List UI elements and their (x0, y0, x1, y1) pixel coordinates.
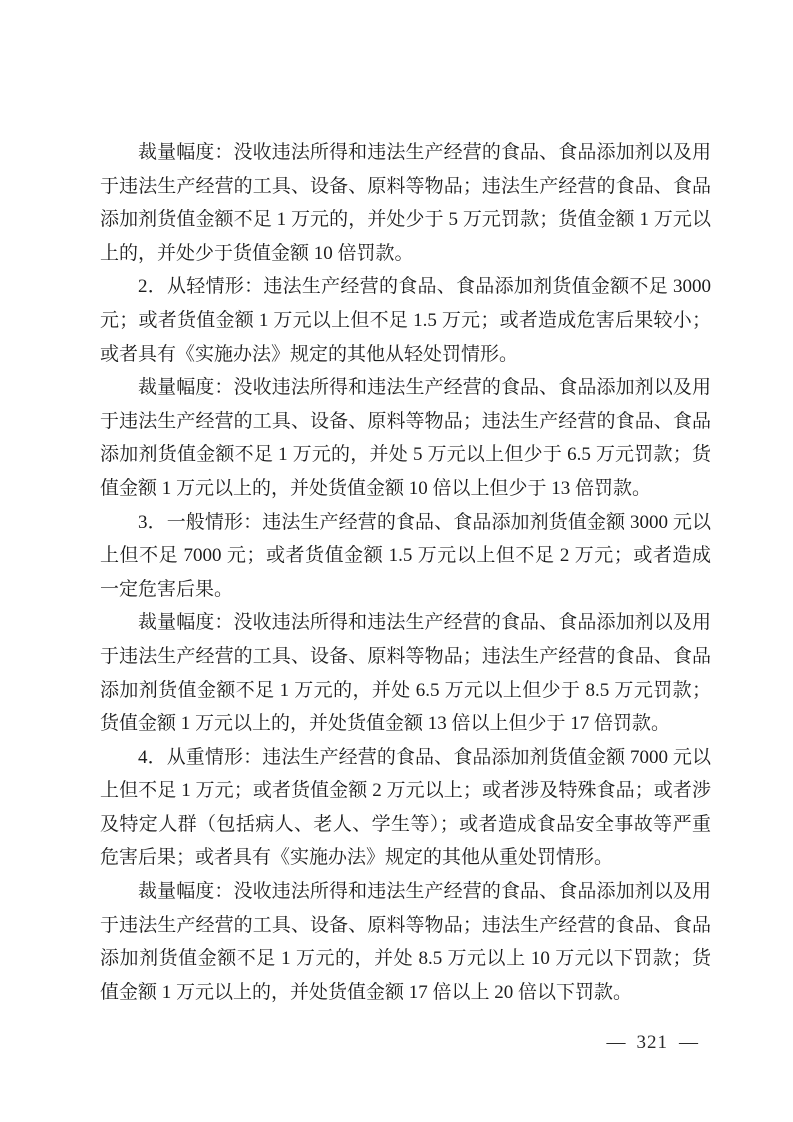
paragraph-discretion-range-2: 裁量幅度：没收违法所得和违法生产经营的食品、食品添加剂以及用于违法生产经营的工具… (100, 371, 711, 505)
paragraph-discretion-range-3: 裁量幅度：没收违法所得和违法生产经营的食品、食品添加剂以及用于违法生产经营的工具… (100, 606, 711, 740)
paragraph-item-3-general-circumstance: 3．一般情形：违法生产经营的食品、食品添加剂货值金额 3000 元以上但不足 7… (100, 506, 711, 607)
page-footer: — 321 — (607, 1032, 699, 1054)
page-number: 321 (637, 1032, 669, 1054)
footer-dash-left: — (607, 1032, 626, 1054)
footer-dash-right: — (679, 1032, 698, 1054)
document-page: 裁量幅度：没收违法所得和违法生产经营的食品、食品添加剂以及用于违法生产经营的工具… (0, 0, 793, 1122)
paragraph-item-2-lenient-circumstance: 2．从轻情形：违法生产经营的食品、食品添加剂货值金额不足 3000 元；或者货值… (100, 270, 711, 371)
paragraph-discretion-range-1: 裁量幅度：没收违法所得和违法生产经营的食品、食品添加剂以及用于违法生产经营的工具… (100, 136, 711, 270)
paragraph-item-4-severe-circumstance: 4．从重情形：违法生产经营的食品、食品添加剂货值金额 7000 元以上但不足 1… (100, 741, 711, 875)
paragraph-discretion-range-4: 裁量幅度：没收违法所得和违法生产经营的食品、食品添加剂以及用于违法生产经营的工具… (100, 875, 711, 1009)
document-body: 裁量幅度：没收违法所得和违法生产经营的食品、食品添加剂以及用于违法生产经营的工具… (100, 136, 711, 1009)
